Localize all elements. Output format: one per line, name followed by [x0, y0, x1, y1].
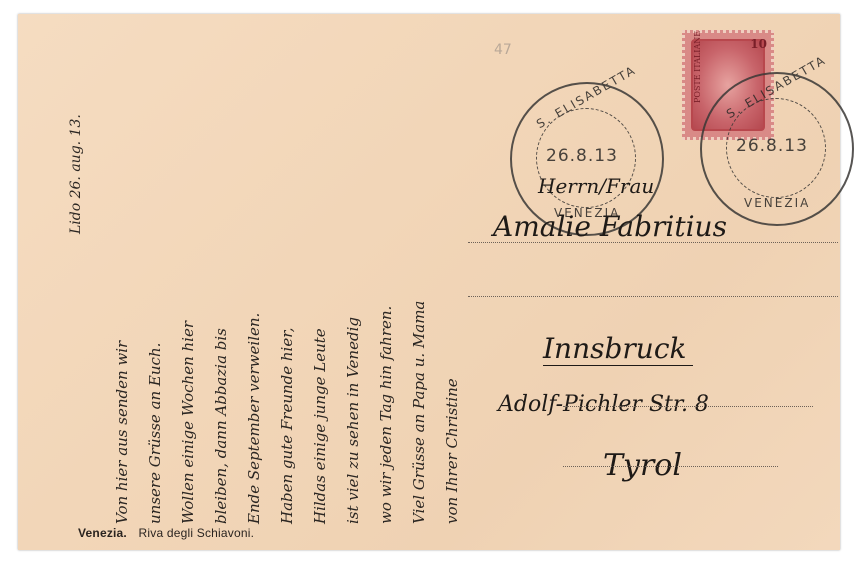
message-line: wo wir jeden Tag hin fahren. [377, 306, 395, 524]
message-line: unsere Grüsse an Euch. [146, 343, 164, 524]
message-line: Viel Grüsse an Papa u. Mama [410, 301, 428, 524]
address-street: Adolf-Pichler Str. 8 [498, 392, 709, 417]
postmark-date: 26.8.13 [736, 136, 808, 156]
message-line: ist viel zu sehen in Venedig [344, 317, 362, 524]
address-name: Amalie Fabritius [493, 210, 727, 243]
address-line [468, 242, 838, 243]
postmark-right: 26.8.13 S. ELISABETTA VENEZIA [700, 72, 854, 226]
message-line: Wollen einige Wochen hier [179, 321, 197, 524]
pencil-annotation: 47 [494, 42, 512, 58]
postmark-city: VENEZIA [744, 196, 810, 210]
printed-caption: Venezia. Riva degli Schiavoni. [78, 526, 254, 540]
stamp-country: POSTE ITALIANE [693, 31, 702, 103]
message-line: bleiben, dann Abbazia bis [212, 328, 230, 524]
caption-place: Venezia. [78, 526, 127, 540]
postmark-date: 26.8.13 [546, 146, 618, 166]
message-line: Von hier aus senden wir [113, 341, 131, 524]
message-line: von Ihrer Christine [443, 378, 461, 524]
stamp-value: 10 [750, 37, 767, 51]
message-line: Hildas einige junge Leute [311, 328, 329, 524]
caption-subject: Riva degli Schiavoni. [139, 526, 255, 540]
message-line: Ende September verweilen. [245, 313, 263, 524]
postcard-back: 47 Lido 26. aug. 13. Von hier aus senden… [18, 14, 840, 550]
address-city: Innsbruck [543, 332, 693, 366]
message-dateline: Lido 26. aug. 13. [68, 114, 84, 234]
handwritten-message: Lido 26. aug. 13. Von hier aus senden wi… [58, 84, 488, 524]
address-line [563, 466, 778, 467]
address-salutation: Herrn/Frau [538, 174, 654, 198]
address-line [468, 296, 838, 297]
message-line: Haben gute Freunde hier, [278, 327, 296, 524]
address-line [563, 406, 813, 407]
